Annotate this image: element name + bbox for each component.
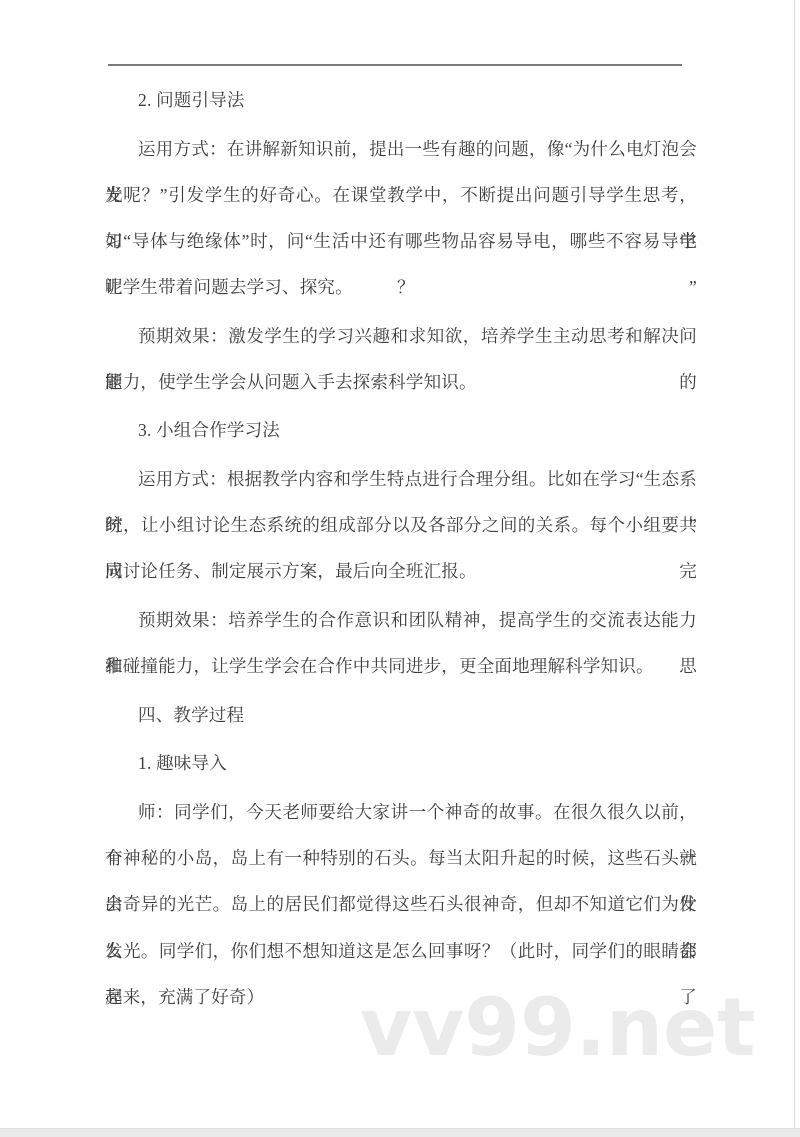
doc-line: 出奇异的光芒。岛上的居民们都觉得这些石头很神奇，但却不知道它们为什么会: [105, 881, 697, 927]
document-page: vv99.net 2. 问题引导法 运用方式：在讲解新知识前，提出一些有趣的问题…: [0, 0, 795, 1129]
section-heading: 1. 趣味导入: [105, 740, 697, 786]
paragraph: 运用方式：在讲解新知识前，提出一些有趣的问题，像“为什么电灯泡会发 光呢？”引发…: [105, 126, 697, 311]
document-body: 2. 问题引导法 运用方式：在讲解新知识前，提出一些有趣的问题，像“为什么电灯泡…: [105, 77, 697, 1022]
section-heading-block: 2. 问题引导法: [105, 77, 697, 123]
paragraph: 师：同学们，今天老师要给大家讲一个神奇的故事。在很久很久以前，有一 个神秘的小岛…: [105, 789, 697, 1020]
section-heading-block: 四、教学过程: [105, 692, 697, 738]
doc-line: 维碰撞能力，让学生学会在合作中共同进步，更全面地理解科学知识。: [105, 643, 697, 689]
section-heading: 四、教学过程: [105, 692, 697, 738]
section-heading: 3. 小组合作学习法: [105, 407, 697, 453]
document-viewer: vv99.net 2. 问题引导法 运用方式：在讲解新知识前，提出一些有趣的问题…: [0, 0, 800, 1137]
doc-line: 预期效果：培养学生的合作意识和团队精神，提高学生的交流表达能力和思: [105, 597, 697, 643]
header-rule-divider: [108, 64, 682, 66]
doc-line: 习“导体与绝缘体”时，问“生活中还有哪些物品容易导电，哪些不容易导电呢？”: [105, 218, 697, 264]
section-heading-block: 1. 趣味导入: [105, 740, 697, 786]
doc-line: 预期效果：激发学生的学习兴趣和求知欲，培养学生主动思考和解决问题的: [105, 313, 697, 359]
doc-line: 师：同学们，今天老师要给大家讲一个神奇的故事。在很久很久以前，有一: [105, 789, 697, 835]
section-heading: 2. 问题引导法: [105, 77, 697, 123]
doc-line: 运用方式：在讲解新知识前，提出一些有趣的问题，像“为什么电灯泡会发: [105, 126, 697, 172]
doc-line: 运用方式：根据教学内容和学生特点进行合理分组。比如在学习“生态系统”: [105, 456, 697, 502]
paragraph: 运用方式：根据教学内容和学生特点进行合理分组。比如在学习“生态系统” 时，让小组…: [105, 456, 697, 595]
paragraph: 预期效果：培养学生的合作意识和团队精神，提高学生的交流表达能力和思 维碰撞能力，…: [105, 597, 697, 689]
doc-line: 个神秘的小岛，岛上有一种特别的石头。每当太阳升起的时候，这些石头就会发: [105, 835, 697, 881]
section-heading-block: 3. 小组合作学习法: [105, 407, 697, 453]
doc-line: 光呢？”引发学生的好奇心。在课堂教学中，不断提出问题引导学生思考，如学: [105, 172, 697, 218]
doc-line: 发光。同学们，你们想不想知道这是怎么回事呀？（此时，同学们的眼睛都亮了: [105, 928, 697, 974]
page-gap-strip: [0, 1128, 800, 1137]
doc-line: 时，让小组讨论生态系统的组成部分以及各部分之间的关系。每个小组要共同完: [105, 502, 697, 548]
paragraph: 预期效果：激发学生的学习兴趣和求知欲，培养学生主动思考和解决问题的 能力，使学生…: [105, 313, 697, 405]
